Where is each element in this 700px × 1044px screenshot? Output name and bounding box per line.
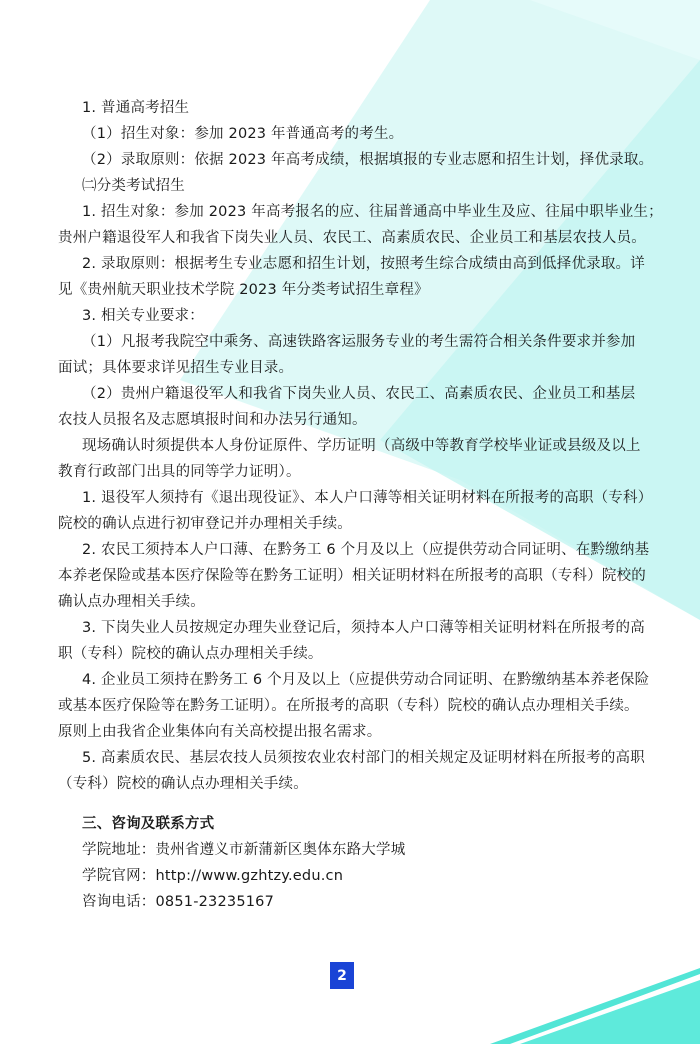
veterans-line1: 1. 退役军人须持有《退出现役证》、本人户口薄等相关证明材料在所报考的高职（专科…: [82, 488, 652, 508]
major-req-1-line1: （1）凡报考我院空中乘务、高速铁路客运服务专业的考生需符合相关条件要求并参加: [82, 332, 635, 352]
major-req-2-line1: （2）贵州户籍退役军人和我省下岗失业人员、农民工、高素质农民、企业员工和基层: [82, 384, 635, 404]
classified-target-line1: 1. 招生对象：参加 2023 年高考报名的应、往届普通高中毕业生及应、往届中职…: [82, 202, 663, 222]
laid-off-line1: 3. 下岗失业人员按规定办理失业登记后，须持本人户口薄等相关证明材料在所报考的高: [82, 618, 645, 638]
migrant-workers-line2: 本养老保险或基本医疗保险等在黔务工证明）相关证明材料在所报考的高职（专科）院校的: [58, 566, 646, 586]
migrant-workers-line3: 确认点办理相关手续。: [58, 592, 205, 612]
employees-line1: 4. 企业员工须持在黔务工 6 个月及以上（应提供劳动合同证明、在黔缴纳基本养老…: [82, 670, 649, 690]
classified-exam-heading: ㈡分类考试招生: [82, 176, 185, 196]
college-address: 学院地址：贵州省遵义市新蒲新区奥体东路大学城: [82, 840, 405, 860]
laid-off-line2: 职（专科）院校的确认点办理相关手续。: [58, 644, 323, 664]
onsite-confirm-line1: 现场确认时须提供本人身份证原件、学历证明（高级中等教育学校毕业证或县级及以上: [82, 436, 641, 456]
farmers-line2: （专科）院校的确认点办理相关手续。: [58, 774, 308, 794]
major-req-1-line2: 面试；具体要求详见招生专业目录。: [58, 358, 293, 378]
general-exam-heading: 1. 普通高考招生: [82, 98, 189, 118]
employees-line3: 原则上由我省企业集体向有关高校提出报名需求。: [58, 722, 381, 742]
major-requirements-heading: 3. 相关专业要求：: [82, 306, 204, 326]
employees-line2: 或基本医疗保险等在黔务工证明）。在所报考的高职（专科）院校的确认点办理相关手续。: [58, 696, 639, 716]
migrant-workers-line1: 2. 农民工须持本人户口薄、在黔务工 6 个月及以上（应提供劳动合同证明、在黔缴…: [82, 540, 649, 560]
classified-admission-line2: 见《贵州航天职业技术学院 2023 年分类考试招生章程》: [58, 280, 429, 300]
general-exam-admission: （2）录取原则：依据 2023 年高考成绩，根据填报的专业志愿和招生计划，择优录…: [82, 150, 653, 170]
consult-phone: 咨询电话：0851-23235167: [82, 892, 274, 912]
farmers-line1: 5. 高素质农民、基层农技人员须按农业农村部门的相关规定及证明材料在所报考的高职: [82, 748, 645, 768]
major-req-2-line2: 农技人员报名及志愿填报时间和办法另行通知。: [58, 410, 367, 430]
page-number-badge: 2: [330, 962, 354, 989]
onsite-confirm-line2: 教育行政部门出具的同等学力证明）。: [58, 462, 301, 482]
classified-admission-line1: 2. 录取原则：根据考生专业志愿和招生计划，按照考生综合成绩由高到低择优录取。详: [82, 254, 645, 274]
contact-heading: 三、咨询及联系方式: [82, 814, 214, 834]
college-website[interactable]: 学院官网：http://www.gzhtzy.edu.cn: [82, 866, 343, 886]
classified-target-line2: 贵州户籍退役军人和我省下岗失业人员、农民工、高素质农民、企业员工和基层农技人员。: [58, 228, 646, 248]
general-exam-target: （1）招生对象：参加 2023 年普通高考的考生。: [82, 124, 403, 144]
veterans-line2: 院校的确认点进行初审登记并办理相关手续。: [58, 514, 352, 534]
